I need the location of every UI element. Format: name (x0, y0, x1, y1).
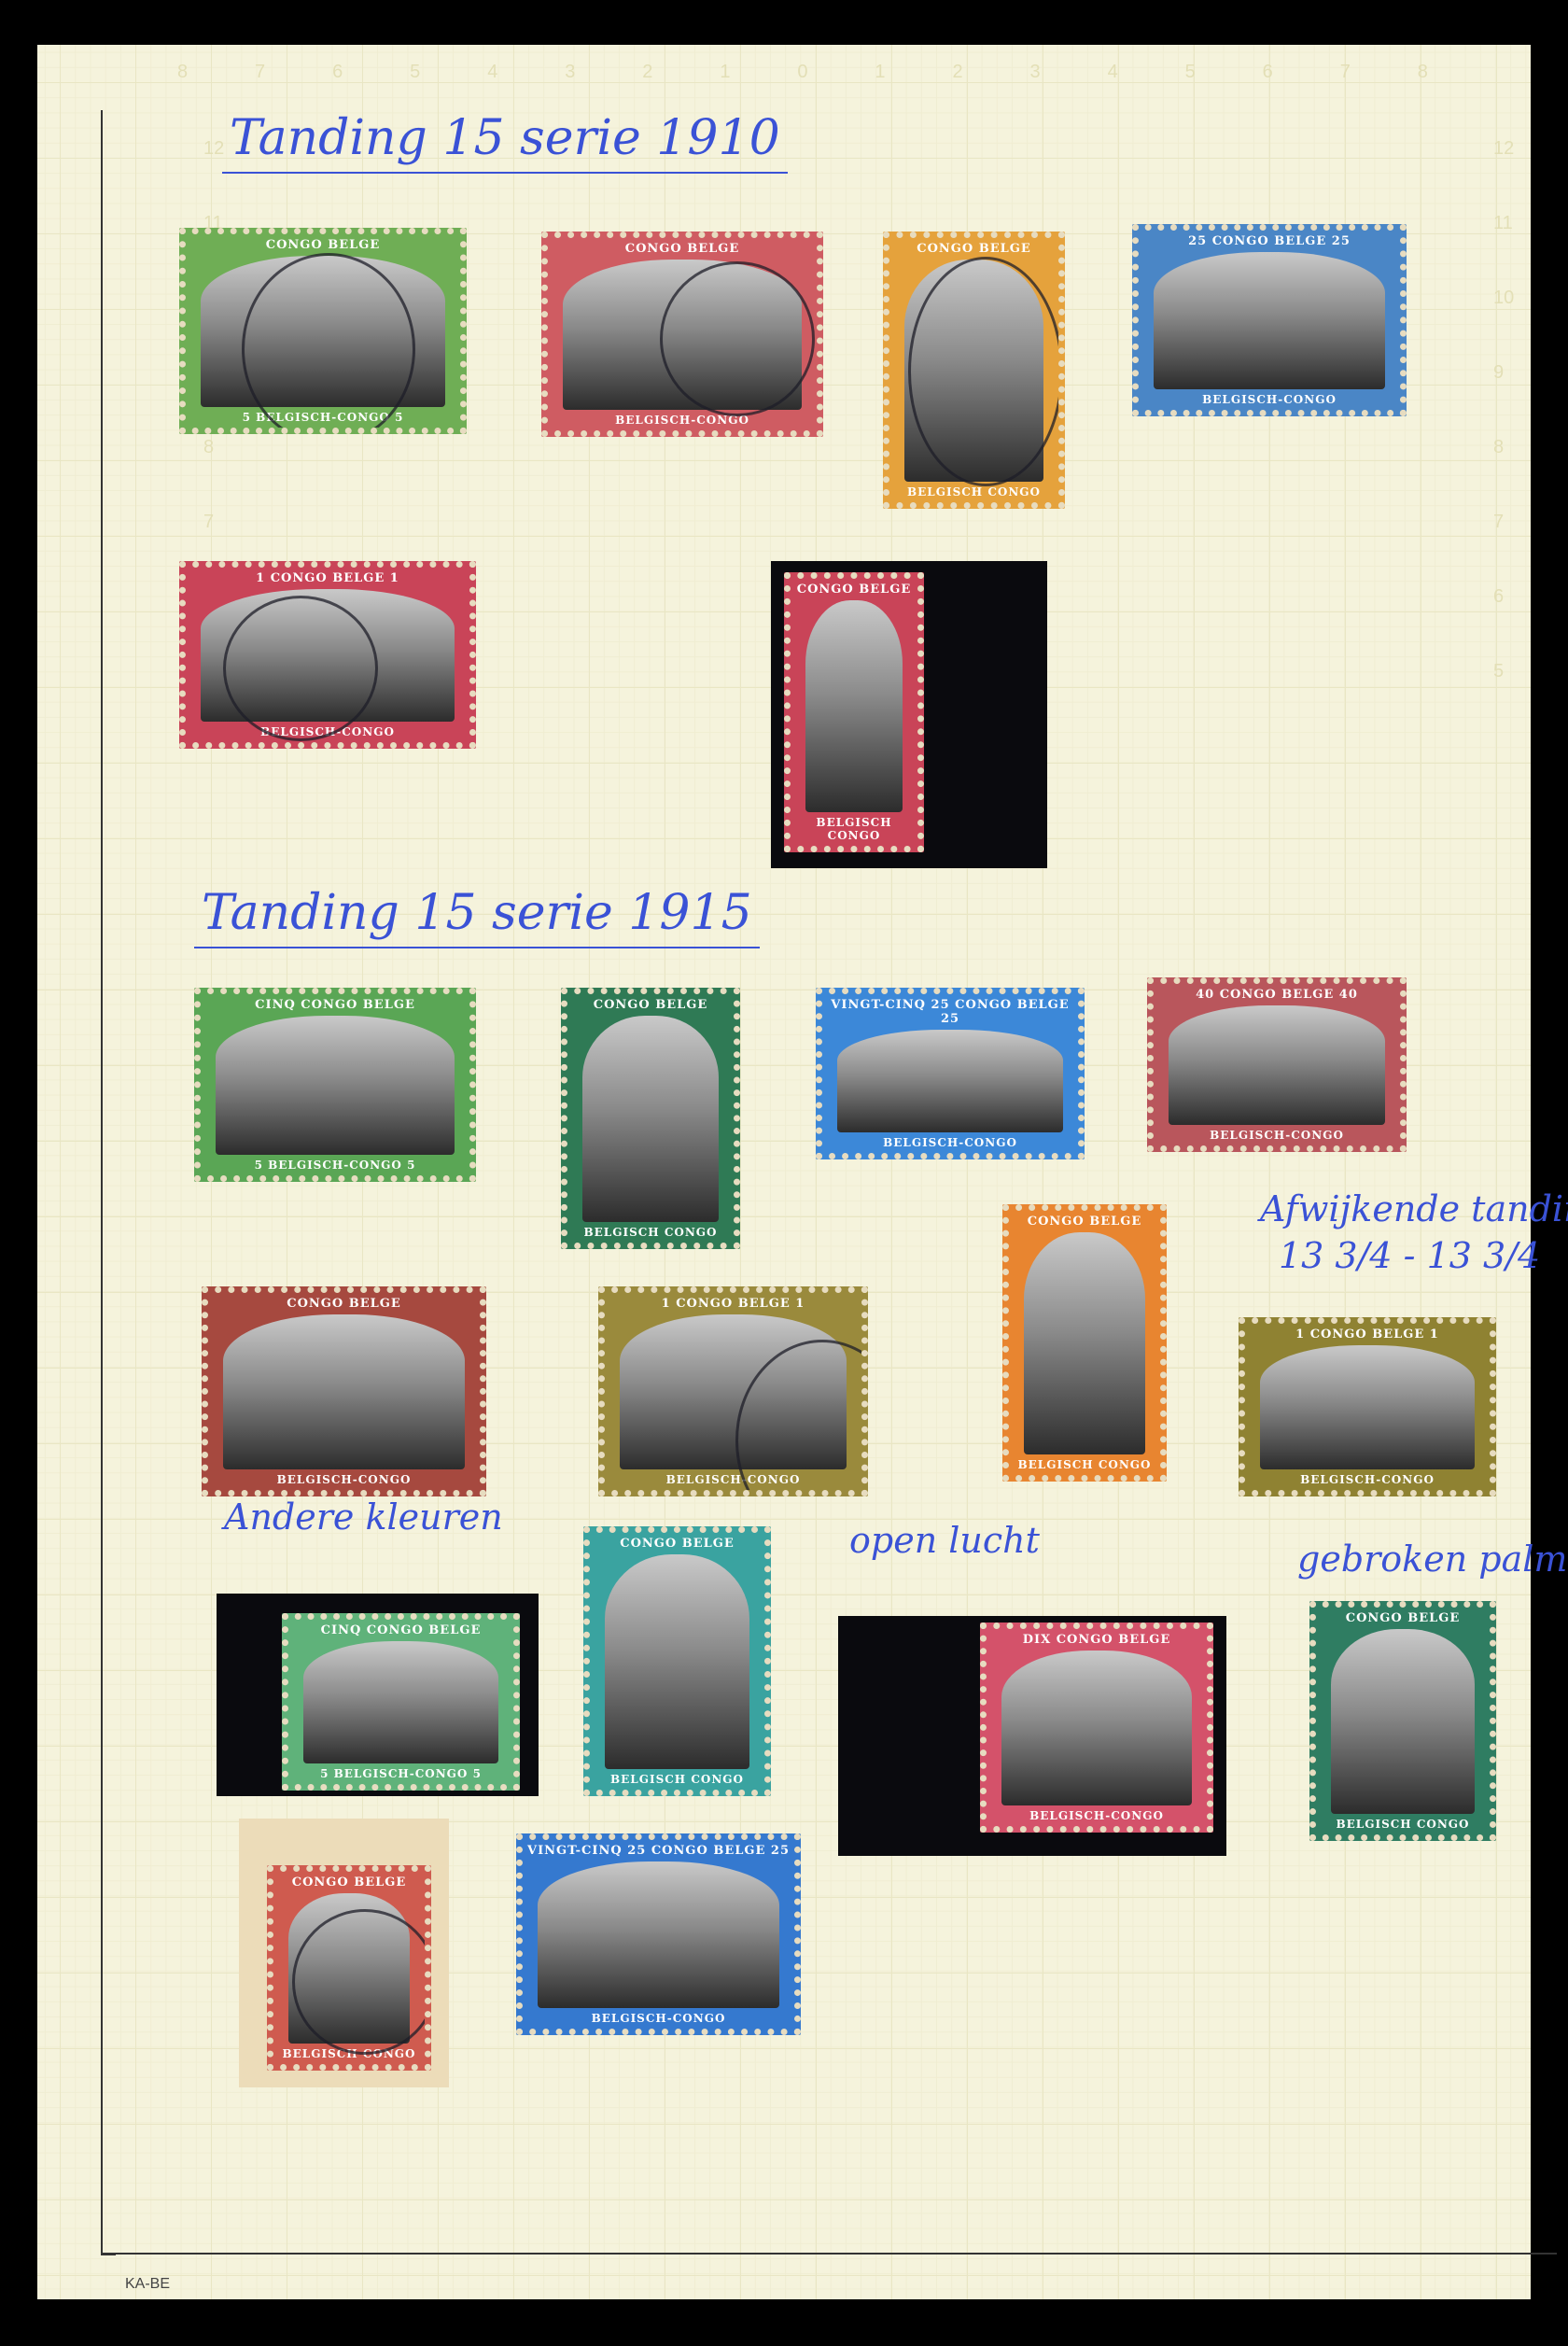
note-afwijkende-tanding: Afwijkende tanding (1260, 1188, 1568, 1229)
stamp-bottom-label: BELGISCH-CONGO (259, 725, 397, 742)
stamp-vignette-image (563, 260, 802, 410)
note-perforation-measure: 13 3/4 - 13 3/4 (1279, 1235, 1540, 1276)
stamp-vignette-image (216, 1016, 455, 1155)
grid-number: 0 (797, 62, 807, 83)
stamp-vignette-image (605, 1554, 749, 1769)
grid-numbers-top: 87654321012345678 (177, 62, 1428, 83)
grid-number: 8 (1418, 62, 1428, 83)
grid-number: 7 (1340, 62, 1351, 83)
stamp-stamps-1915-5: CINQ CONGO BELGE5 BELGISCH-CONGO 5 (194, 988, 476, 1182)
grid-number: 8 (177, 62, 188, 83)
stamp-vignette-image (201, 256, 445, 407)
grid-number: 6 (332, 62, 343, 83)
grid-number: 5 (1493, 661, 1514, 682)
grid-number: 12 (203, 138, 224, 160)
grid-number: 3 (1030, 62, 1041, 83)
stamp-bottom-label: BELGISCH CONGO (1016, 1458, 1154, 1475)
stamp-vignette-image (620, 1314, 847, 1469)
stamp-stamps-1915-15: CONGO BELGEBELGISCH CONGO (561, 988, 740, 1249)
album-page: 87654321012345678 12111098765 1211109876… (37, 45, 1531, 2299)
stamp-bottom-label: BELGISCH-CONGO (1298, 1473, 1436, 1490)
stamp-top-label: CONGO BELGE (795, 579, 914, 597)
stamp-bottom-label: BELGISCH-CONGO (613, 414, 751, 430)
stamp-vignette-image (1001, 1651, 1192, 1805)
stamp-bottom-label: BELGISCH CONGO (582, 1226, 720, 1243)
stamp-stamps-other-15: CONGO BELGEBELGISCH CONGO (1309, 1601, 1496, 1841)
grid-number: 6 (1263, 62, 1273, 83)
grid-number: 3 (565, 62, 575, 83)
stamp-bottom-label: BELGISCH CONGO (281, 2047, 418, 2064)
stamp-top-label: 1 CONGO BELGE 1 (1294, 1324, 1441, 1342)
stamp-vignette-image (201, 589, 455, 722)
stamp-bottom-label: BELGISCH-CONGO (1028, 1809, 1166, 1826)
stamp-vignette-image (223, 1314, 465, 1469)
stamp-bottom-label: BELGISCH-CONGO (1200, 393, 1338, 410)
stamp-top-label: CONGO BELGE (290, 1872, 409, 1889)
stamp-stamps-1910-1: 1 CONGO BELGE 1BELGISCH-CONGO (179, 561, 476, 749)
grid-number: 2 (642, 62, 652, 83)
stamp-top-label: DIX CONGO BELGE (1021, 1629, 1173, 1647)
stamp-vignette-image (1169, 1005, 1385, 1125)
grid-number: 2 (952, 62, 962, 83)
grid-number: 12 (1493, 138, 1514, 160)
stamp-stamps-1915-1: 1 CONGO BELGE 1BELGISCH-CONGO (598, 1286, 868, 1496)
stamp-vignette-image (1260, 1345, 1475, 1469)
stamp-bottom-label: 5 BELGISCH-CONGO 5 (241, 411, 406, 428)
publisher-brand: KA-BE (125, 2276, 170, 2293)
stamp-vignette-image (1331, 1629, 1475, 1814)
stamp-top-label: CINQ CONGO BELGE (319, 1620, 483, 1637)
stamp-top-label: 25 CONGO BELGE 25 (1186, 231, 1352, 248)
frame-line-left (101, 110, 103, 2253)
stamp-stamps-1910-10: CONGO BELGEBELGISCH-CONGO (541, 232, 823, 437)
frame-line-bottom (101, 2253, 1557, 2255)
stamp-vignette-image (904, 260, 1043, 482)
stamp-top-label: 40 CONGO BELGE 40 (1194, 984, 1360, 1002)
stamp-bottom-label: BELGISCH-CONGO (665, 1473, 803, 1490)
grid-number: 4 (1108, 62, 1118, 83)
stamp-stamps-1910-5: CONGO BELGEBELGISCH CONGO (784, 572, 924, 852)
stamp-bottom-label: BELGISCH-CONGO (590, 2012, 728, 2029)
stamp-top-label: CONGO BELGE (592, 994, 710, 1012)
grid-number: 5 (1185, 62, 1196, 83)
grid-number: 8 (203, 437, 224, 458)
note-andere-kleuren: Andere kleuren (224, 1496, 503, 1538)
stamp-stamps-other-10: DIX CONGO BELGEBELGISCH-CONGO (980, 1623, 1213, 1833)
stamp-top-label: VINGT-CINQ 25 CONGO BELGE 25 (822, 994, 1078, 1026)
grid-number: 10 (1493, 288, 1514, 309)
stamp-bottom-label: BELGISCH CONGO (1335, 1818, 1472, 1834)
stamp-stamps-other-5: CINQ CONGO BELGE5 BELGISCH-CONGO 5 (282, 1613, 520, 1791)
stamp-bottom-label: BELGISCH CONGO (791, 816, 917, 846)
stamp-top-label: CONGO BELGE (618, 1533, 736, 1551)
stamp-bottom-label: BELGISCH CONGO (905, 485, 1043, 502)
stamp-bottom-label: BELGISCH CONGO (609, 1773, 746, 1790)
stamp-stamps-1915-5: CONGO BELGEBELGISCH CONGO (1002, 1204, 1167, 1482)
stamp-stamps-other-15: CONGO BELGEBELGISCH CONGO (583, 1526, 771, 1796)
stamp-bottom-label: 5 BELGISCH-CONGO 5 (253, 1159, 418, 1175)
stamp-top-label: CONGO BELGE (264, 234, 383, 252)
grid-number: 8 (1493, 437, 1514, 458)
grid-number: 7 (203, 512, 224, 533)
stamp-stamps-other-10: CONGO BELGEBELGISCH CONGO (267, 1865, 431, 2071)
stamp-bottom-label: 5 BELGISCH-CONGO 5 (318, 1767, 483, 1784)
grid-number: 4 (487, 62, 497, 83)
grid-number: 7 (255, 62, 265, 83)
grid-number: 1 (720, 62, 730, 83)
note-open-lucht: open lucht (849, 1520, 1040, 1561)
stamp-bottom-label: BELGISCH-CONGO (275, 1473, 413, 1490)
stamp-vignette-image (288, 1893, 410, 2044)
stamp-stamps-1915-1: 1 CONGO BELGE 1BELGISCH-CONGO (1239, 1317, 1496, 1496)
stamp-stamps-1915-40: 40 CONGO BELGE 40BELGISCH-CONGO (1147, 977, 1407, 1152)
grid-number: 11 (1493, 213, 1514, 234)
stamp-stamps-1910-5: CONGO BELGE5 BELGISCH-CONGO 5 (179, 228, 467, 434)
stamp-stamps-1910-15: CONGO BELGEBELGISCH CONGO (883, 232, 1065, 509)
stamp-vignette-image (805, 600, 903, 812)
grid-number: 5 (410, 62, 420, 83)
stamp-top-label: CONGO BELGE (623, 238, 742, 256)
heading-series-1910: Tanding 15 serie 1910 (222, 110, 788, 174)
stamp-stamps-1910-25: 25 CONGO BELGE 25BELGISCH-CONGO (1132, 224, 1407, 416)
stamp-top-label: 1 CONGO BELGE 1 (660, 1293, 807, 1311)
stamp-top-label: CONGO BELGE (1026, 1211, 1144, 1229)
stamp-vignette-image (1154, 252, 1385, 389)
stamp-stamps-other-25: VINGT-CINQ 25 CONGO BELGE 25BELGISCH-CON… (516, 1833, 801, 2035)
stamp-top-label: CINQ CONGO BELGE (253, 994, 417, 1012)
stamp-vignette-image (538, 1861, 779, 2008)
stamp-top-label: CONGO BELGE (1344, 1608, 1463, 1625)
stamp-bottom-label: BELGISCH-CONGO (881, 1136, 1019, 1153)
stamp-vignette-image (303, 1641, 498, 1763)
stamp-vignette-image (1024, 1232, 1145, 1454)
stamp-stamps-1915-25: VINGT-CINQ 25 CONGO BELGE 25BELGISCH-CON… (816, 988, 1085, 1159)
grid-number: 1 (875, 62, 885, 83)
stamp-top-label: CONGO BELGE (285, 1293, 403, 1311)
heading-series-1915: Tanding 15 serie 1915 (194, 885, 760, 948)
stamp-bottom-label: BELGISCH-CONGO (1208, 1129, 1346, 1145)
frame-corner-notch (101, 2241, 116, 2255)
stamp-vignette-image (582, 1016, 719, 1222)
stamp-top-label: 1 CONGO BELGE 1 (254, 568, 401, 585)
grid-number: 6 (1493, 586, 1514, 608)
grid-numbers-right: 12111098765 (1493, 138, 1514, 682)
stamp-top-label: VINGT-CINQ 25 CONGO BELGE 25 (525, 1840, 791, 1858)
stamp-stamps-1915-50: CONGO BELGEBELGISCH-CONGO (202, 1286, 486, 1496)
note-gebroken-palm: gebroken palm (1297, 1538, 1567, 1580)
grid-number: 9 (1493, 362, 1514, 384)
grid-number: 7 (1493, 512, 1514, 533)
stamp-top-label: CONGO BELGE (915, 238, 1033, 256)
stamp-vignette-image (837, 1030, 1063, 1132)
